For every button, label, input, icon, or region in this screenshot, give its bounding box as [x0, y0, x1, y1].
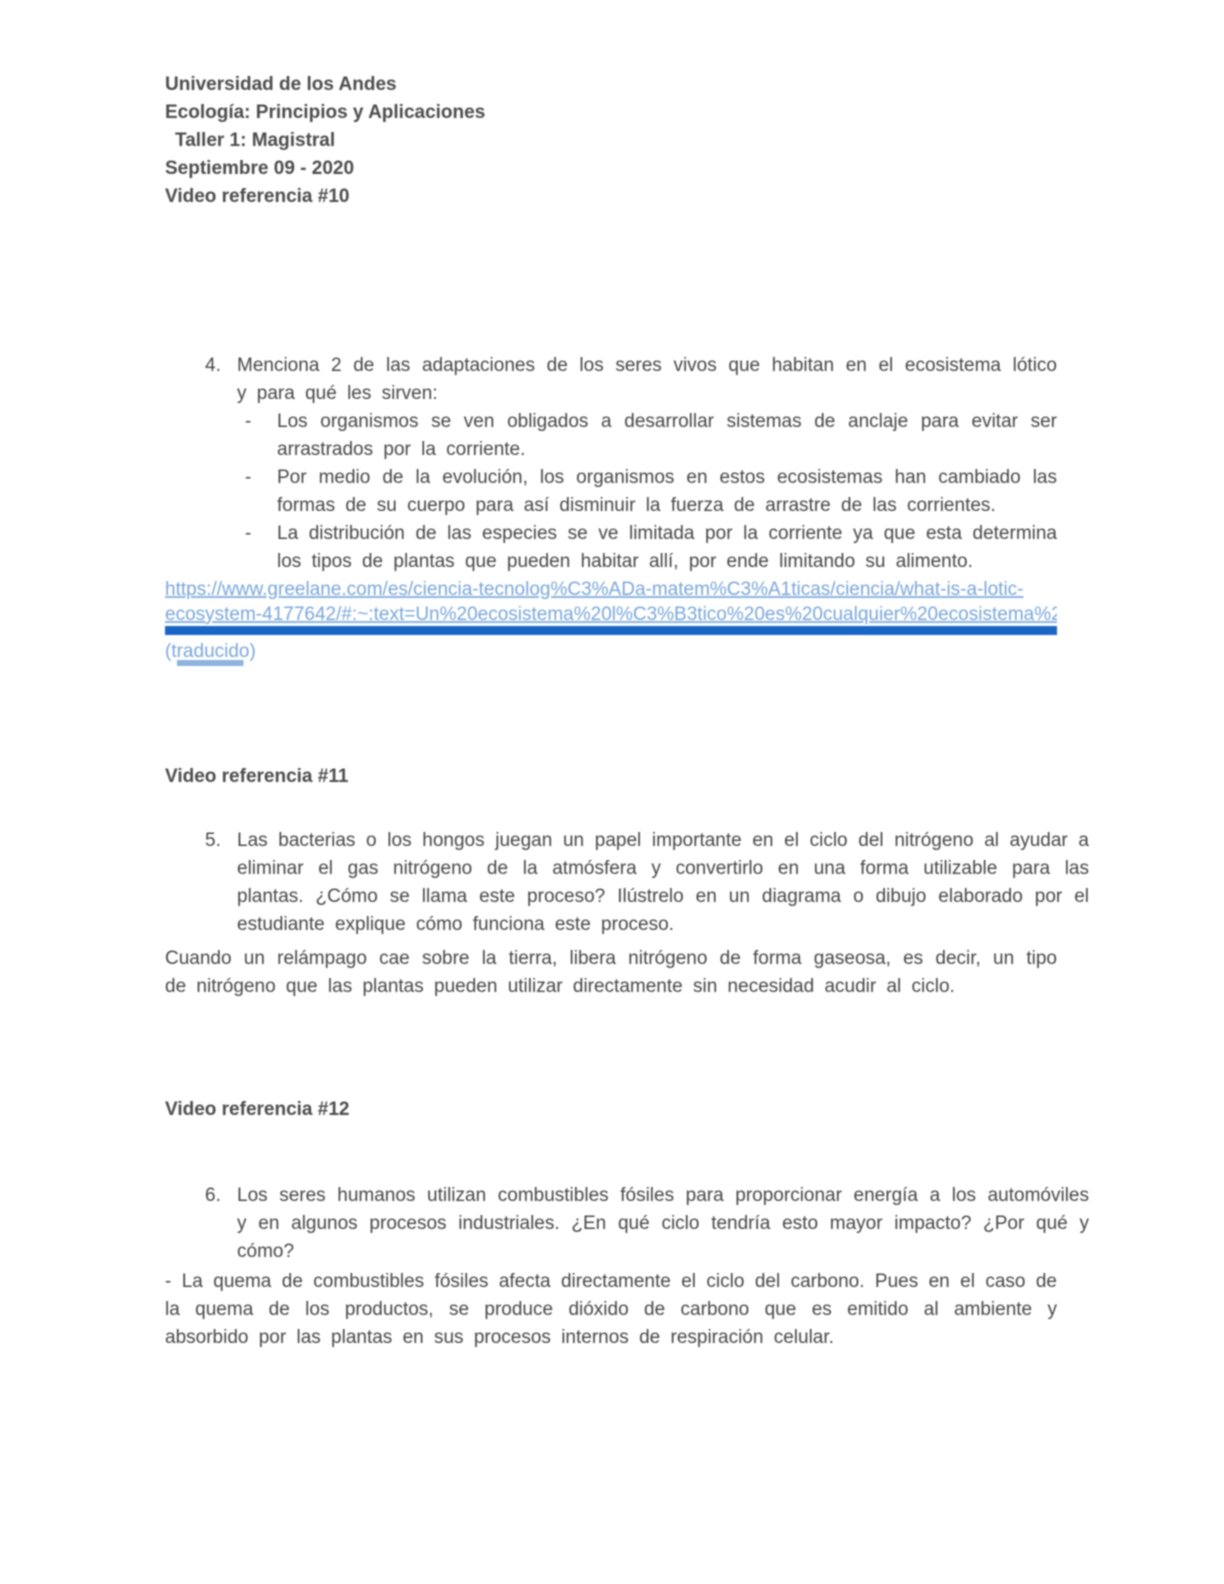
- section-video-12: Video referencia #12 6. Los seres humano…: [165, 1096, 1057, 1352]
- bullet-dash-icon: -: [245, 408, 251, 436]
- question-6-number: 6.: [205, 1182, 221, 1210]
- question-5-number: 5.: [205, 827, 221, 855]
- document-header: Universidad de los Andes Ecología: Princ…: [165, 71, 485, 211]
- date-line: Septiembre 09 - 2020: [165, 155, 485, 183]
- bullet-dash-icon: -: [245, 520, 251, 548]
- reference-link-line-1[interactable]: https://www.greelane.com/es/ciencia-tecn…: [165, 576, 1057, 604]
- question-4-answers: - Los organismos se ven obligados a desa…: [245, 408, 1057, 576]
- document-page: Universidad de los Andes Ecología: Princ…: [0, 0, 1224, 1584]
- video-reference-10-label: Video referencia #10: [165, 183, 485, 211]
- answer-paragraph-nitrogen: Cuando un relámpago cae sobre la tierra,…: [165, 945, 1057, 1001]
- answer-bullet-distribution: - La distribución de las especies se ve …: [245, 520, 1057, 576]
- section-title-video-12: Video referencia #12: [165, 1096, 1057, 1124]
- reference-link-block: https://www.greelane.com/es/ciencia-tecn…: [165, 576, 1057, 666]
- answer-paragraph-carbon: - La quema de combustibles fósiles afect…: [165, 1268, 1057, 1352]
- bullet-text: Los organismos se ven obligados a desarr…: [277, 411, 1057, 460]
- answer-bullet-anchoring: - Los organismos se ven obligados a desa…: [245, 408, 1057, 464]
- section-title-video-11: Video referencia #11: [165, 763, 1057, 791]
- reference-link-line-3[interactable]: (traducido): [165, 638, 325, 666]
- bullet-dash-icon: -: [245, 464, 251, 492]
- section-video-11: Video referencia #11 5. Las bacterias o …: [165, 763, 1057, 1001]
- question-6-text: Los seres humanos utilizan combustibles …: [237, 1185, 1089, 1262]
- course-title: Ecología: Principios y Aplicaciones: [165, 99, 485, 127]
- answer-bullet-body-shape: - Por medio de la evolución, los organis…: [245, 464, 1057, 520]
- question-4-text: Menciona 2 de las adaptaciones de los se…: [237, 355, 1057, 404]
- answer-dash-icon: -: [165, 1271, 171, 1292]
- university-name: Universidad de los Andes: [165, 71, 485, 99]
- document-content: Universidad de los Andes Ecología: Princ…: [0, 0, 1224, 1584]
- bullet-text: La distribución de las especies se ve li…: [277, 523, 1057, 572]
- workshop-title: Taller 1: Magistral: [165, 127, 485, 155]
- question-5: 5. Las bacterias o los hongos juegan un …: [205, 827, 1089, 939]
- question-6: 6. Los seres humanos utilizan combustibl…: [205, 1182, 1089, 1266]
- question-4-block: 4. Menciona 2 de las adaptaciones de los…: [205, 352, 1057, 666]
- answer-carbon-text: La quema de combustibles fósiles afecta …: [165, 1271, 1057, 1348]
- question-4-number: 4.: [205, 352, 221, 380]
- bullet-text: Por medio de la evolución, los organismo…: [277, 467, 1057, 516]
- question-5-text: Las bacterias o los hongos juegan un pap…: [237, 830, 1089, 935]
- question-4: 4. Menciona 2 de las adaptaciones de los…: [205, 352, 1057, 408]
- reference-link-line-2[interactable]: ecosystem-4177642/#:~:text=Un%20ecosiste…: [165, 604, 1057, 635]
